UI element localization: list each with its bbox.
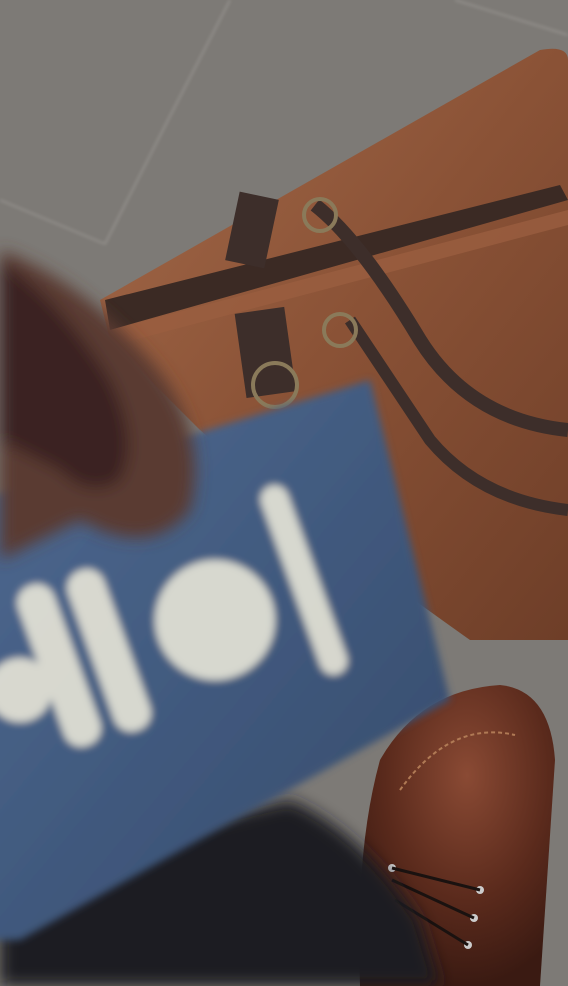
photo-scene <box>0 0 568 986</box>
photo-illustration <box>0 0 568 986</box>
